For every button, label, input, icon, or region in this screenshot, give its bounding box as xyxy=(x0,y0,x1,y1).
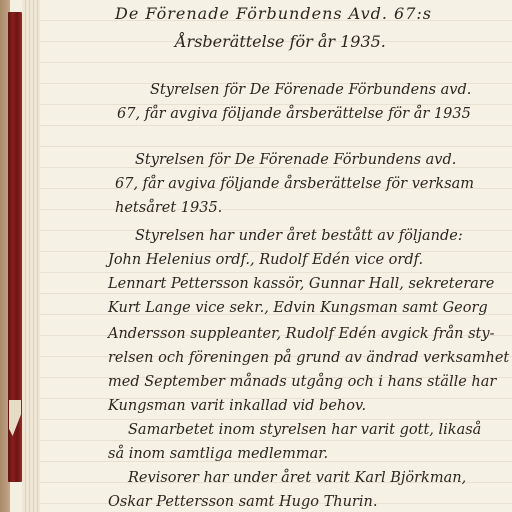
intro-line-2: 67, får avgiva följande årsberättelse fö… xyxy=(117,106,471,122)
body-line-7: Kurt Lange vice sekr., Edvin Kungsman sa… xyxy=(108,300,488,316)
body-line-2: 67, får avgiva följande årsberättelse fö… xyxy=(115,176,474,192)
body-line-9: relsen och föreningen på grund av ändrad… xyxy=(108,350,509,366)
body-line-4: Styrelsen har under året bestått av följ… xyxy=(135,228,463,244)
body-line-14: Revisorer har under året varit Karl Björ… xyxy=(128,470,466,486)
intro-line-1: Styrelsen för De Förenade Förbundens avd… xyxy=(150,82,471,98)
body-line-12: Samarbetet inom styrelsen har varit gott… xyxy=(128,422,481,438)
body-line-8: Andersson suppleanter, Rudolf Edén avgic… xyxy=(108,326,494,342)
body-line-13: så inom samtliga medlemmar. xyxy=(108,446,328,462)
body-line-11: Kungsman varit inkallad vid behov. xyxy=(108,398,366,414)
title-line-2: Årsberättelse för år 1935. xyxy=(175,32,386,51)
body-line-3: hetsåret 1935. xyxy=(115,200,222,216)
ledger-page: De Förenade Förbundens Avd. 67:s Årsberä… xyxy=(40,0,512,512)
body-line-6: Lennart Pettersson kassör, Gunnar Hall, … xyxy=(108,276,494,292)
body-line-15: Oskar Pettersson samt Hugo Thurin. xyxy=(108,494,377,510)
page-edges xyxy=(22,0,40,512)
handwritten-text: De Förenade Förbundens Avd. 67:s Årsberä… xyxy=(40,0,512,512)
body-line-10: med September månads utgång och i hans s… xyxy=(108,374,496,390)
body-line-1: Styrelsen för De Förenade Förbundens avd… xyxy=(135,152,456,168)
body-line-5: John Helenius ordf., Rudolf Edén vice or… xyxy=(108,252,423,268)
title-line-1: De Förenade Förbundens Avd. 67:s xyxy=(115,4,432,23)
